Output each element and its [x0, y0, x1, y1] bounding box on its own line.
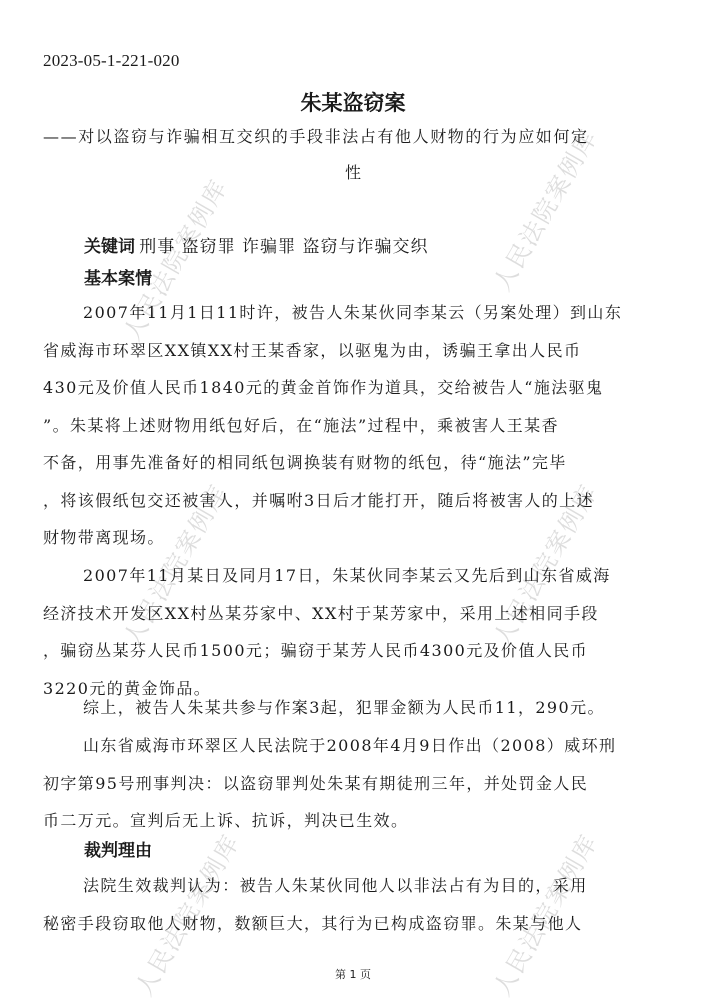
paragraph-facts-4: 山东省威海市环翠区人民法院于2008年4月9日作出（2008）威环刑 初字第95…	[43, 727, 663, 840]
title-text: 朱某盗窃案	[301, 90, 406, 115]
section-heading-basic-facts: 基本案情	[84, 264, 152, 289]
paragraph-facts-1: 2007年11月1日11时许，被告人朱某伙同李某云（另案处理）到山东 省威海市环…	[43, 294, 663, 557]
text-line: 2007年11月某日及同月17日，朱某伙同李某云又先后到山东省威海	[43, 557, 663, 595]
paragraph-reasoning-1: 法院生效裁判认为：被告人朱某伙同他人以非法占有为目的，采用 秘密手段窃取他人财物…	[43, 867, 663, 942]
keywords-row: 关键词 刑事 盗窃罪 诈骗罪 盗窃与诈骗交织	[84, 232, 428, 257]
document-subtitle: ——对以盗窃与诈骗相互交织的手段非法占有他人财物的行为应如何定	[43, 124, 683, 147]
page-number: 第 1 页	[0, 966, 706, 982]
text-line: 省威海市环翠区XX镇XX村王某香家，以驱鬼为由，诱骗王拿出人民币	[43, 332, 663, 370]
text-line: 初字第95号刑事判决：以盗窃罪判处朱某有期徒刑三年，并处罚金人民	[43, 765, 663, 803]
document-title: 朱某盗窃案	[0, 87, 706, 117]
section-heading-reasoning: 裁判理由	[84, 836, 152, 861]
keywords-label: 关键词	[84, 237, 135, 257]
text-line: ，将该假纸包交还被害人，并嘱咐3日后才能打开，随后将被害人的上述	[43, 482, 663, 520]
text-line: 秘密手段窃取他人财物，数额巨大，其行为已构成盗窃罪。朱某与他人	[43, 905, 663, 943]
paragraph-facts-3: 综上，被告人朱某共参与作案3起，犯罪金额为人民币11，290元。	[43, 689, 663, 727]
case-id: 2023-05-1-221-020	[43, 51, 180, 71]
text-line: ，骗窃丛某芬人民币1500元；骗窃于某芳人民币4300元及价值人民币	[43, 632, 663, 670]
text-line: ”。朱某将上述财物用纸包好后，在“施法”过程中，乘被害人王某香	[43, 407, 663, 445]
text-line: 币二万元。宣判后无上诉、抗诉，判决已生效。	[43, 802, 663, 840]
paragraph-facts-2: 2007年11月某日及同月17日，朱某伙同李某云又先后到山东省威海 经济技术开发…	[43, 557, 663, 707]
text-line: 经济技术开发区XX村丛某芬家中、XX村于某芳家中，采用上述相同手段	[43, 595, 663, 633]
watermark: 人民法院案例库	[483, 121, 604, 296]
text-line: 法院生效裁判认为：被告人朱某伙同他人以非法占有为目的，采用	[43, 867, 663, 905]
text-line: 2007年11月1日11时许，被告人朱某伙同李某云（另案处理）到山东	[43, 294, 663, 332]
document-subtitle-continued: 性	[0, 160, 706, 183]
keywords-values: 刑事 盗窃罪 诈骗罪 盗窃与诈骗交织	[139, 237, 428, 257]
text-line: 财物带离现场。	[43, 519, 663, 557]
text-line: 430元及价值人民币1840元的黄金首饰作为道具，交给被告人“施法驱鬼	[43, 369, 663, 407]
text-line: 不备，用事先准备好的相同纸包调换装有财物的纸包，待“施法”完毕	[43, 444, 663, 482]
document-page: 人民法院案例库 人民法院案例库 人民法院案例库 人民法院案例库 人民法院案例库 …	[0, 0, 706, 999]
text-line: 综上，被告人朱某共参与作案3起，犯罪金额为人民币11，290元。	[43, 689, 663, 727]
text-line: 山东省威海市环翠区人民法院于2008年4月9日作出（2008）威环刑	[43, 727, 663, 765]
